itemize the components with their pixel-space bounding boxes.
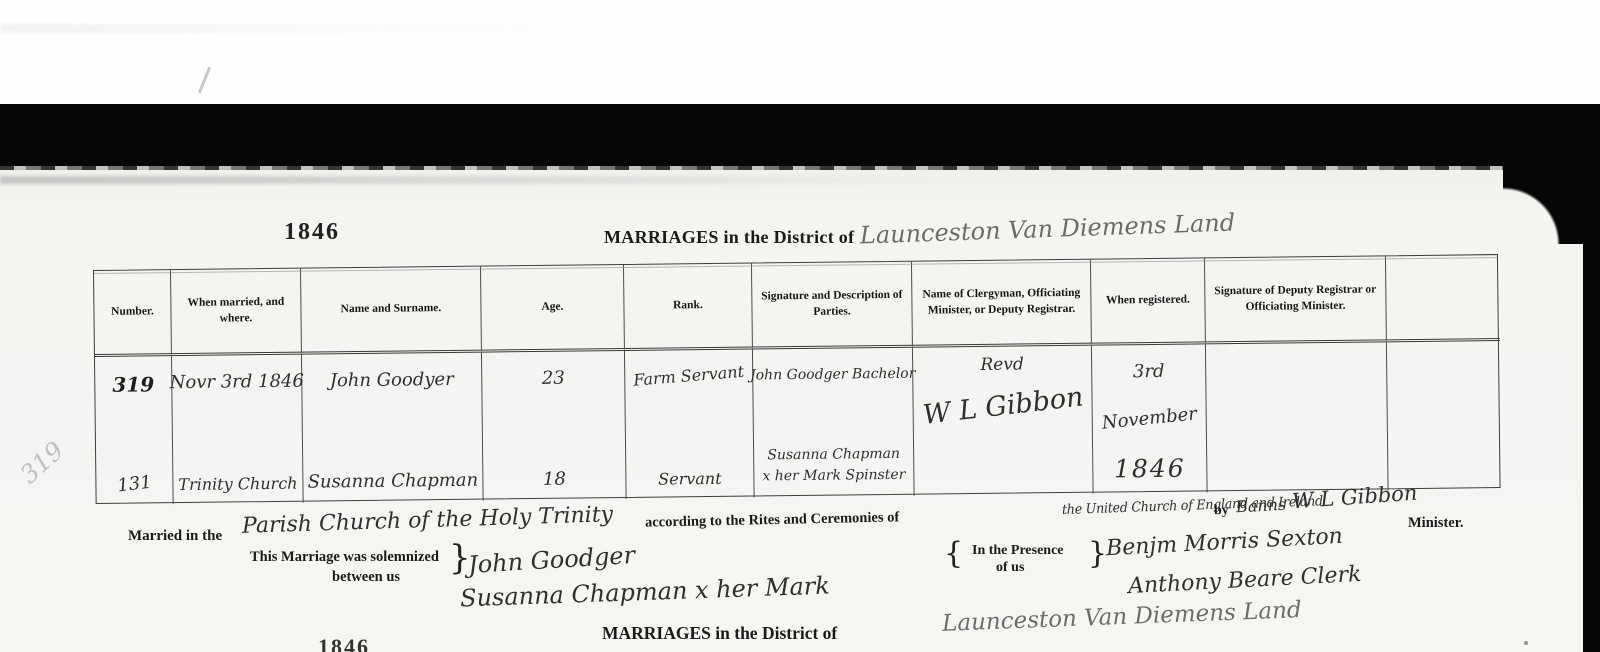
cell-blank (1387, 341, 1502, 490)
presence-brace-close: } (1088, 536, 1107, 571)
entry-bride-mark: x her Mark Spinster (762, 465, 905, 488)
next-record-title-printed: MARRIAGES in the District of (602, 623, 837, 644)
col-header-signature-registrar: Signature of Deputy Registrar or Officia… (1205, 256, 1387, 344)
presence-label: In the Presence (972, 543, 1064, 559)
cell-clergyman: Revd W L Gibbon (913, 346, 1094, 496)
entry-groom-signature: John Goodger Bachelor (750, 364, 916, 387)
by-label: by (1214, 503, 1229, 520)
paper-torn-edge (0, 165, 1600, 170)
cell-signatures-parties: John Goodger Bachelor Susanna Chapman x … (753, 348, 915, 498)
paper-corner-rounded (1503, 166, 1583, 244)
ink-speck (1524, 641, 1528, 645)
entry-groom-age: 23 (542, 368, 565, 389)
entry-bride-name: Susanna Chapman (308, 470, 479, 493)
col-header-when-registered: When registered. (1091, 258, 1206, 345)
entry-registered-year: 1846 (1114, 454, 1186, 484)
col-header-blank (1386, 255, 1500, 342)
marriage-register-table: Number. When married, and where. Name an… (93, 254, 1501, 504)
entry-marriage-date: Novr 3rd 1846 (170, 371, 304, 394)
entry-groom-rank: Farm Servant (633, 362, 745, 390)
entry-number: 319 (112, 372, 154, 396)
scan-edge-right (1583, 104, 1600, 652)
entry-clergy-signature: W L Gibbon (904, 379, 1101, 432)
cell-when-married: Novr 3rd 1846 Trinity Church (172, 355, 304, 504)
entry-number-alt: 131 (116, 472, 153, 497)
col-header-number: Number. (94, 270, 172, 357)
entry-bride-signature: Susanna Chapman (762, 444, 905, 467)
entry-bride-age: 18 (543, 469, 566, 490)
entry-bride-signature-block: Susanna Chapman x her Mark Spinster (762, 444, 905, 488)
entry-registered-day: 3rd (1133, 361, 1165, 382)
entry-marriage-place: Trinity Church (178, 474, 297, 494)
scanner-margin (0, 0, 1600, 105)
register-scan-page: 1846 MARRIAGES in the District ofLaunces… (0, 0, 1600, 652)
scan-streak (0, 176, 980, 184)
col-header-rank: Rank. (624, 264, 753, 351)
cell-ages: 23 18 (482, 351, 627, 501)
col-header-signature-parties: Signature and Description of Parties. (752, 262, 913, 350)
presence-brace-open: { (944, 536, 963, 571)
scan-smudge (0, 24, 600, 33)
col-header-clergyman: Name of Clergyman, Officiating Minister,… (912, 260, 1092, 348)
cell-names: John Goodyer Susanna Chapman (302, 353, 484, 503)
register-title-printed: MARRIAGES in the District of (604, 227, 854, 247)
col-header-age: Age. (481, 265, 625, 353)
register-year: 1846 (284, 219, 340, 246)
of-us-label: of us (996, 560, 1024, 576)
between-us-label: between us (332, 569, 400, 586)
entry-registered-month: November (1101, 403, 1198, 433)
cell-number: 319 131 (95, 356, 174, 505)
married-in-label: Married in the (128, 528, 222, 545)
entry-clergy-prefix: Revd (913, 354, 1091, 376)
cell-signature-registrar (1206, 342, 1389, 492)
minister-label: Minister. (1408, 515, 1463, 532)
register-title: MARRIAGES in the District ofLaunceston V… (604, 221, 1236, 249)
solemnized-label: This Marriage was solemnized (250, 549, 439, 566)
cell-ranks: Farm Servant Servant (625, 350, 755, 499)
banns-handwritten: Banns (1236, 495, 1287, 517)
entry-bride-rank: Servant (658, 469, 722, 489)
col-header-when-married: When married, and where. (171, 269, 302, 356)
entry-groom-name: John Goodyer (330, 369, 454, 391)
scan-shadow-band (0, 104, 1600, 166)
next-record-year: 1846 (318, 634, 370, 652)
cell-when-registered: 3rd November 1846 (1092, 344, 1208, 493)
col-header-name-surname: Name and Surname. (301, 267, 482, 355)
